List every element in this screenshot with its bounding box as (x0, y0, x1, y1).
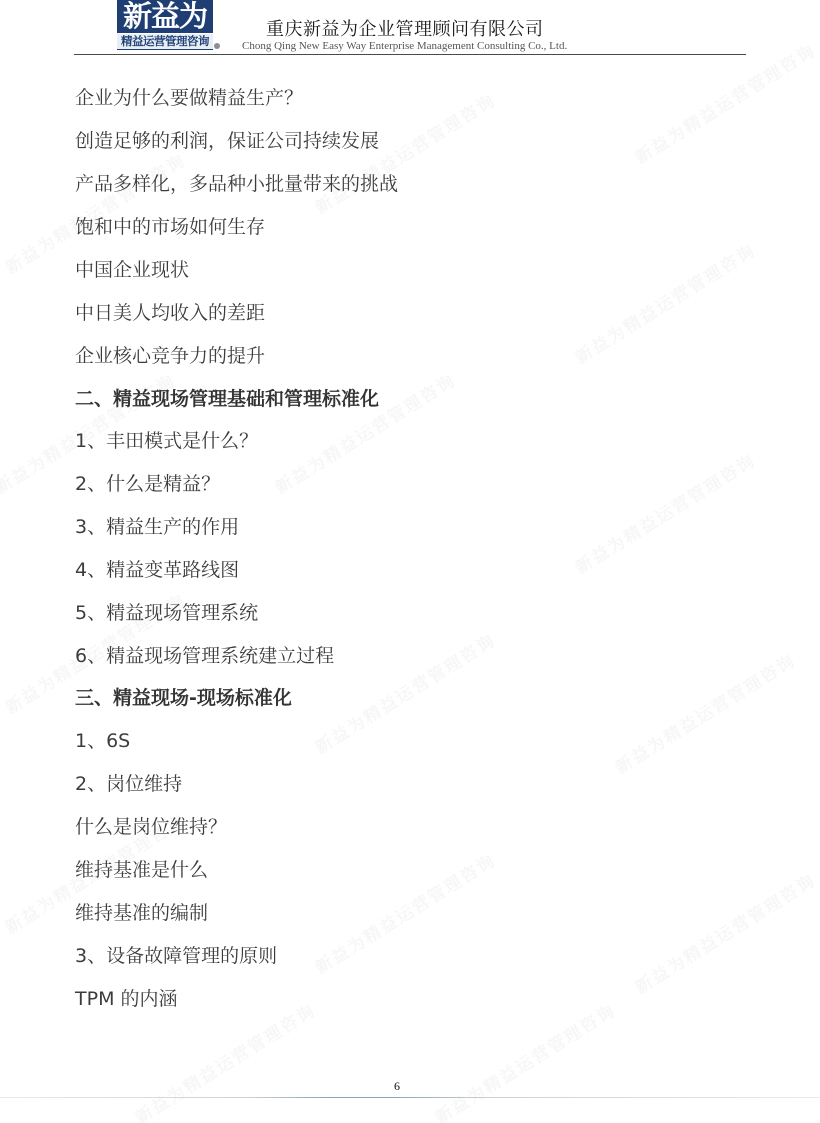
watermark: 新益为精益运营管理咨询 (129, 997, 319, 1123)
text-line: 企业为什么要做精益生产？ (75, 86, 303, 110)
text-line: 维持基准是什么 (75, 858, 208, 882)
watermark: 新益为精益运营管理咨询 (309, 847, 499, 979)
header-divider (74, 54, 746, 55)
text-line: 3、设备故障管理的原则 (75, 944, 277, 968)
text-line: 1、丰田模式是什么？ (75, 429, 258, 453)
text-line: 1、6S (75, 729, 130, 753)
watermark: 新益为精益运营管理咨询 (309, 627, 499, 759)
text-line: 饱和中的市场如何生存 (75, 215, 265, 239)
text-line: 4、精益变革路线图 (75, 558, 239, 582)
text-line: 维持基准的编制 (75, 901, 208, 925)
text-line: 中日美人均收入的差距 (75, 301, 265, 325)
footer-divider (0, 1097, 820, 1098)
page-number: 6 (394, 1079, 400, 1094)
company-name-en: Chong Qing New Easy Way Enterprise Manag… (242, 40, 567, 52)
page-header: 新益为 精益运营管理咨询 重庆新益为企业管理顾问有限公司 Chong Qing … (0, 0, 820, 60)
text-line: 创造足够的利润，保证公司持续发展 (75, 129, 379, 153)
watermark: 新益为精益运营管理咨询 (609, 647, 799, 779)
text-line: 6、精益现场管理系统建立过程 (75, 644, 334, 668)
watermark: 新益为精益运营管理咨询 (569, 237, 759, 369)
company-logo: 新益为 精益运营管理咨询 (117, 0, 215, 52)
watermark: 新益为精益运营管理咨询 (429, 997, 619, 1123)
text-line: TPM 的内涵 (75, 987, 178, 1011)
text-line: 5、精益现场管理系统 (75, 601, 258, 625)
text-line: 中国企业现状 (75, 258, 189, 282)
logo-sub-text: 精益运营管理咨询 (117, 34, 213, 50)
text-line: 2、什么是精益？ (75, 472, 220, 496)
logo-dot-icon (214, 43, 220, 49)
text-line: 3、精益生产的作用 (75, 515, 239, 539)
text-line: 2、岗位维持 (75, 772, 182, 796)
watermark: 新益为精益运营管理咨询 (569, 447, 759, 579)
section-heading: 三、精益现场-现场标准化 (75, 686, 292, 710)
text-line: 什么是岗位维持？ (75, 815, 227, 839)
company-name-cn: 重庆新益为企业管理顾问有限公司 (266, 15, 544, 41)
text-line: 产品多样化，多品种小批量带来的挑战 (75, 172, 398, 196)
watermark: 新益为精益运营管理咨询 (629, 867, 819, 999)
logo-main-text: 新益为 (117, 0, 213, 33)
section-heading: 二、精益现场管理基础和管理标准化 (75, 387, 379, 411)
text-line: 企业核心竞争力的提升 (75, 344, 265, 368)
